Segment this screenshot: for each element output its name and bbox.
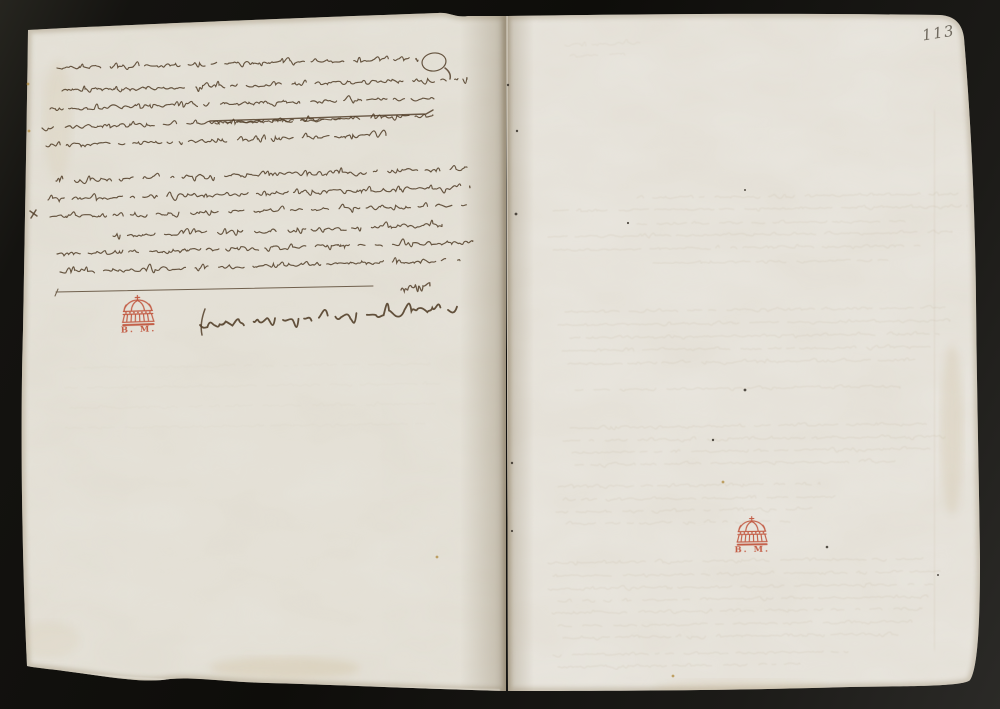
ink-speck — [507, 84, 509, 86]
ink-speck — [937, 574, 939, 576]
ink-speck — [515, 213, 518, 216]
paper-fleck — [436, 556, 439, 559]
ink-speck — [516, 130, 518, 132]
bm-stamp-left: B. M. — [113, 293, 162, 335]
crown-icon — [731, 515, 774, 548]
paper-fleck — [27, 83, 30, 86]
paper-fleck — [672, 675, 675, 678]
crown-icon — [115, 293, 160, 328]
paper-fleck — [722, 481, 725, 484]
ink-speck — [511, 530, 513, 532]
open-codex-spread — [0, 0, 1000, 709]
paper-fleck — [28, 130, 31, 133]
manuscript-photo-scene: B. M. — [0, 0, 1000, 709]
ink-speck — [744, 189, 746, 191]
ink-speck — [712, 439, 714, 441]
stamp-label: B. M. — [728, 546, 776, 555]
ink-speck — [826, 546, 829, 549]
ink-speck — [627, 222, 629, 224]
stamp-label: B. M. — [114, 325, 162, 335]
ink-speck — [511, 462, 513, 464]
ink-speck — [744, 389, 747, 392]
bm-stamp-right: B. M. — [728, 515, 777, 555]
